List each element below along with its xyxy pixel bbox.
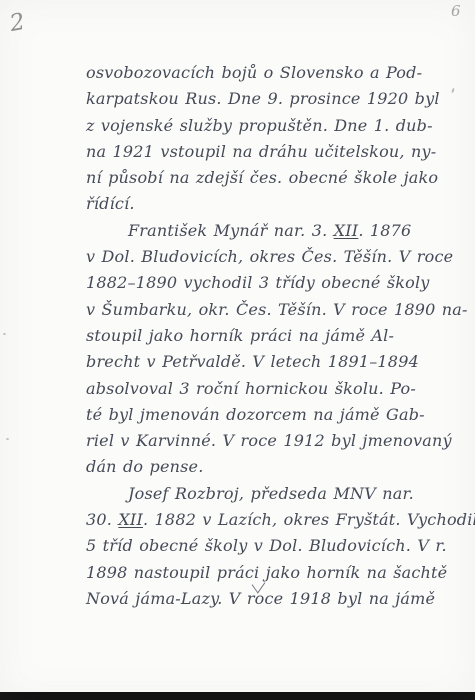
text-line: Nová jáma-Lazy. V roce 1918 byl na jámě	[86, 586, 446, 612]
text-line: v Dol. Bludovicích, okres Čes. Těšín. V …	[86, 244, 446, 270]
text-line: na 1921 vstoupil na dráhu učitelskou, ny…	[86, 139, 446, 165]
scan-speckle	[6, 438, 9, 440]
text-line: dán do pense.	[86, 454, 446, 480]
pencil-page-number-mark: 2	[8, 9, 27, 37]
scan-edge-strip	[0, 692, 475, 700]
text-line: Josef Rozbroj, předseda MNV nar.	[86, 481, 446, 507]
text-line: riel v Karvinné. V roce 1912 byl jmenova…	[86, 428, 446, 454]
text-line: 5 tříd obecné školy v Dol. Bludovicích. …	[86, 533, 446, 559]
text-line: 1898 nastoupil práci jako horník na šach…	[86, 560, 446, 586]
text-line: té byl jmenován dozorcem na jámě Gab-	[86, 402, 446, 428]
scan-speckle	[451, 88, 455, 93]
corner-number-mark: 6	[451, 2, 461, 20]
document-page: 2 6 osvobozovacích bojů o Slovensko a Po…	[0, 0, 475, 700]
text-line: z vojenské služby propuštěn. Dne 1. dub-	[86, 113, 446, 139]
scan-speckle	[3, 333, 6, 335]
text-line: osvobozovacích bojů o Slovensko a Pod-	[86, 60, 446, 86]
text-line: karpatskou Rus. Dne 9. prosince 1920 byl	[86, 86, 446, 112]
text-line: v Šumbarku, okr. Čes. Těšín. V roce 1890…	[86, 297, 446, 323]
text-line: absolvoval 3 roční hornickou školu. Po-	[86, 376, 446, 402]
text-line: ní působí na zdejší čes. obecné škole ja…	[86, 165, 446, 191]
handwritten-text-block: osvobozovacích bojů o Slovensko a Pod-ka…	[86, 60, 446, 612]
text-line: 1882–1890 vychodil 3 třídy obecné školy	[86, 270, 446, 296]
text-line: stoupil jako horník práci na jámě Al-	[86, 323, 446, 349]
text-line: 30. XII. 1882 v Lazích, okres Fryštát. V…	[86, 507, 446, 533]
text-line: řídící.	[86, 191, 446, 217]
text-line: brecht v Petřvaldě. V letech 1891–1894	[86, 349, 446, 375]
text-line: František Mynář nar. 3. XII. 1876	[86, 218, 446, 244]
